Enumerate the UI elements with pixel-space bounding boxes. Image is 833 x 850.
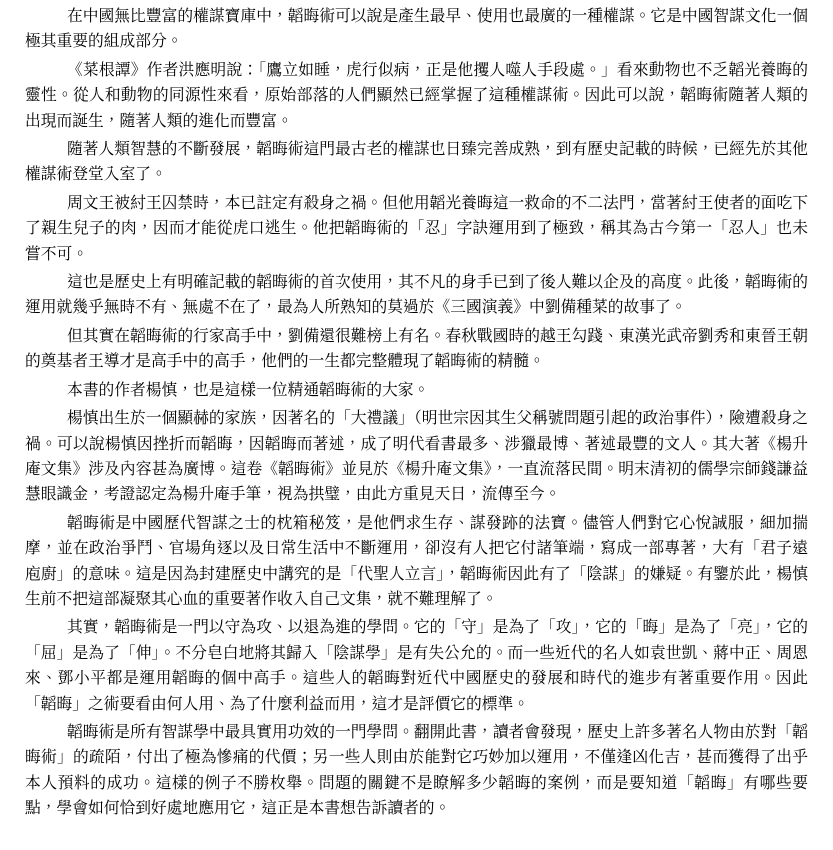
paragraph: 韜晦術是中國歷代智謀之士的枕箱秘笈，是他們求生存、謀發跡的法寶。儘管人們對它心悅… [25,511,808,613]
document-page: 在中國無比豐富的權謀寶庫中，韜晦術可以說是產生最早、使用也最廣的一種權謀。它是中… [0,0,833,850]
paragraph: 這也是歷史上有明確記載的韜晦術的首次使用，其不凡的身手已到了後人難以企及的高度。… [25,270,808,321]
paragraph: 但其實在韜晦術的行家高手中，劉備還很難榜上有名。春秋戰國時的越王勾踐、東漢光武帝… [25,324,808,375]
paragraph: 周文王被紂王囚禁時，本已註定有殺身之禍。但他用韜光養晦這一救命的不二法門，當著紂… [25,191,808,267]
paragraph: 《菜根譚》作者洪應明說：「鷹立如睡，虎行似病，正是他攫人噬人手段處。」看來動物也… [25,58,808,134]
paragraph: 韜晦術是所有智謀學中最具實用功效的一門學問。翻開此書，讀者會發現，歷史上許多著名… [25,720,808,822]
paragraph: 隨著人類智慧的不斷發展，韜晦術這門最古老的權謀也日臻完善成熟，到有歷史記載的時候… [25,137,808,188]
paragraph: 楊慎出生於一個顯赫的家族，因著名的「大禮議」（明世宗因其生父稱號問題引起的政治事… [25,406,808,508]
paragraph: 其實，韜晦術是一門以守為攻、以退為進的學問。它的「守」是為了「攻」，它的「晦」是… [25,615,808,717]
paragraph: 在中國無比豐富的權謀寶庫中，韜晦術可以說是產生最早、使用也最廣的一種權謀。它是中… [25,4,808,55]
paragraph: 本書的作者楊慎，也是這樣一位精通韜晦術的大家。 [25,378,808,403]
